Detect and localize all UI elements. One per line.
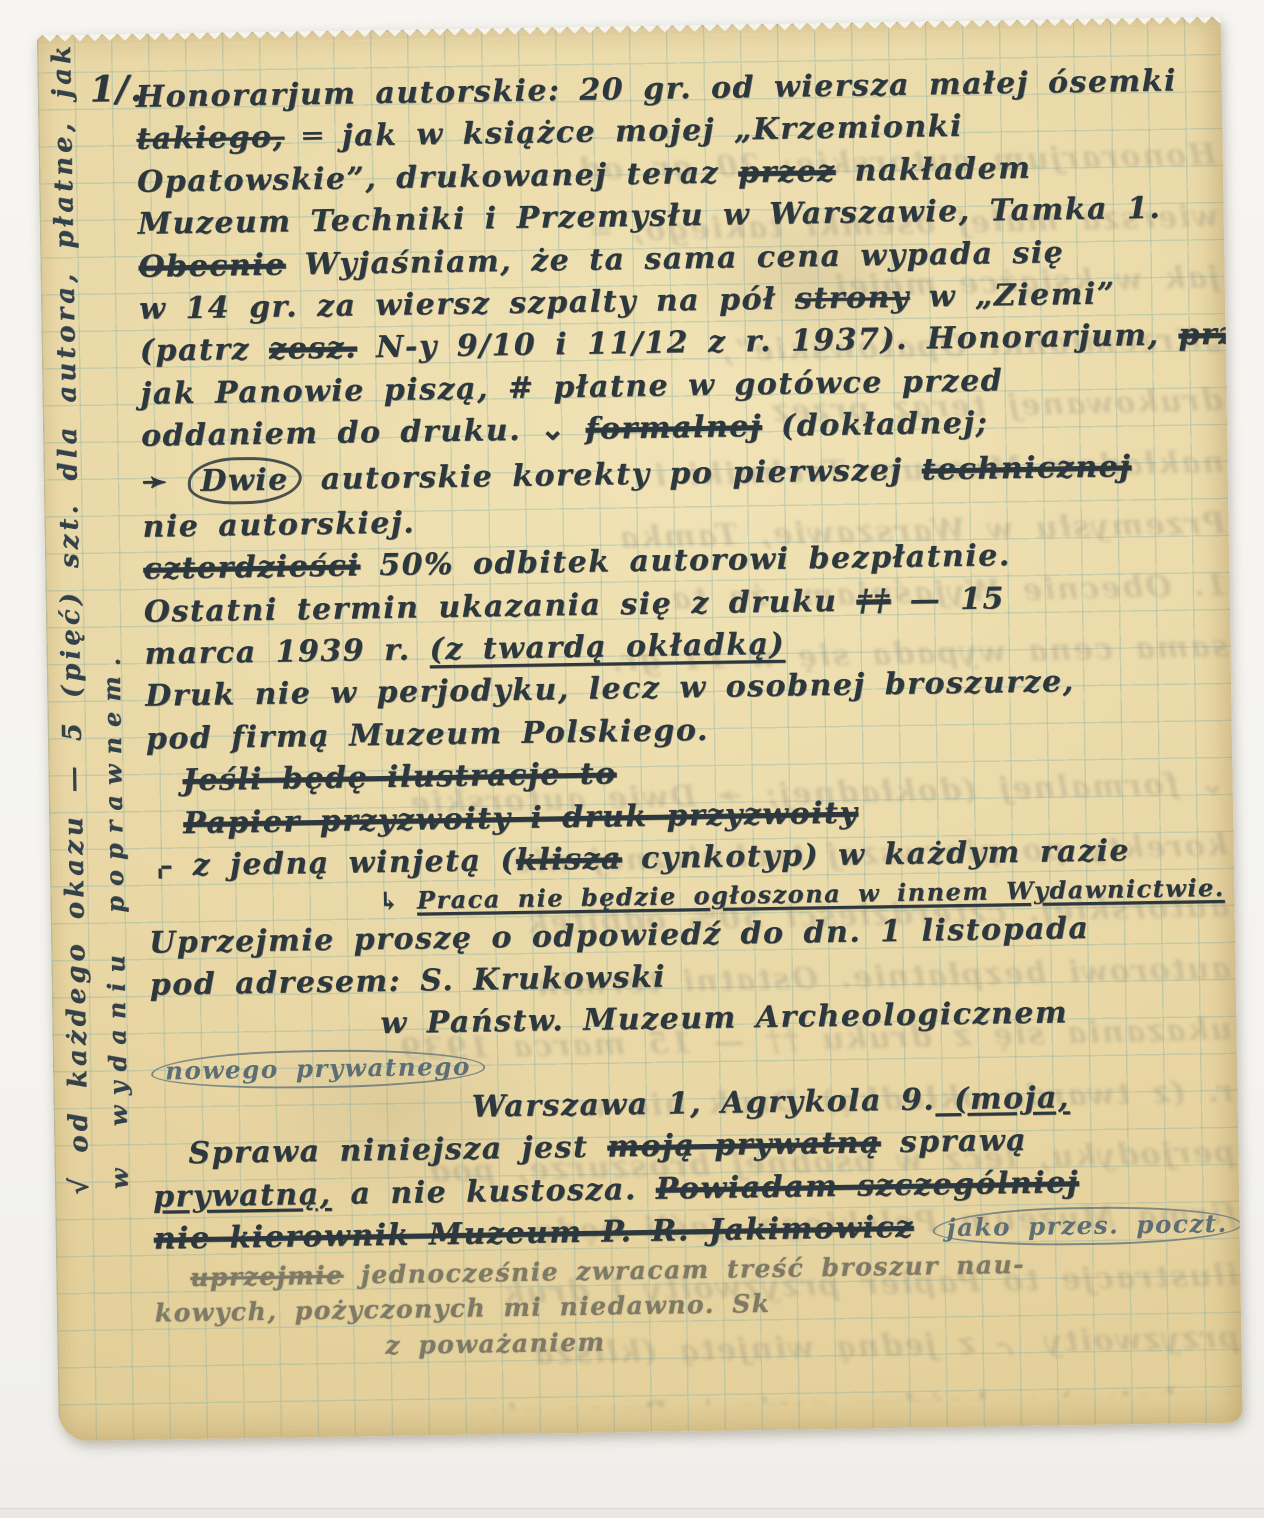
- manuscript-body: Honorarjum autorskie: 20 gr. od wiersza …: [135, 59, 1228, 1422]
- margin-note-vertical-inner: w wydaniu poprawnem.: [96, 648, 133, 1190]
- paper-sheet: Honorarjum autorskie: 20 gr. od wiersza …: [37, 17, 1243, 1441]
- scanner-edge-strip: [0, 1508, 1264, 1518]
- scan-background: { "document": { "kind": "handwritten man…: [0, 0, 1264, 1518]
- torn-edge-top: [37, 17, 1223, 46]
- margin-note-vertical-outer: √ od każdego okazu — 5 (pięć) szt. dla a…: [47, 42, 95, 1195]
